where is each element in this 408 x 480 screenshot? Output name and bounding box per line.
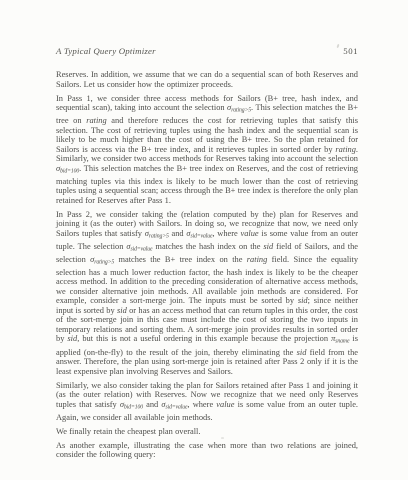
scan-speck (221, 437, 224, 439)
paragraph-intro: Reserves. In addition, we assume that we… (56, 70, 358, 89)
running-header: A Typical Query Optimizer 501 (56, 46, 358, 56)
running-head-title: A Typical Query Optimizer (56, 46, 156, 56)
page-body: Reserves. In addition, we assume that we… (56, 70, 358, 460)
paragraph-pass2: In Pass 2, we consider taking the (relat… (56, 210, 358, 376)
book-page: A Typical Query Optimizer 501 Reserves. … (0, 0, 408, 480)
paragraph-pass1: In Pass 1, we consider three access meth… (56, 94, 358, 206)
paragraph-sailors-outer: Similarly, we also consider taking the p… (56, 381, 358, 423)
page-number: 501 (343, 46, 358, 56)
paragraph-cheapest-plan: We finally retain the cheapest plan over… (56, 427, 358, 437)
paragraph-next-example: As another example, illustrating the cas… (56, 441, 358, 460)
